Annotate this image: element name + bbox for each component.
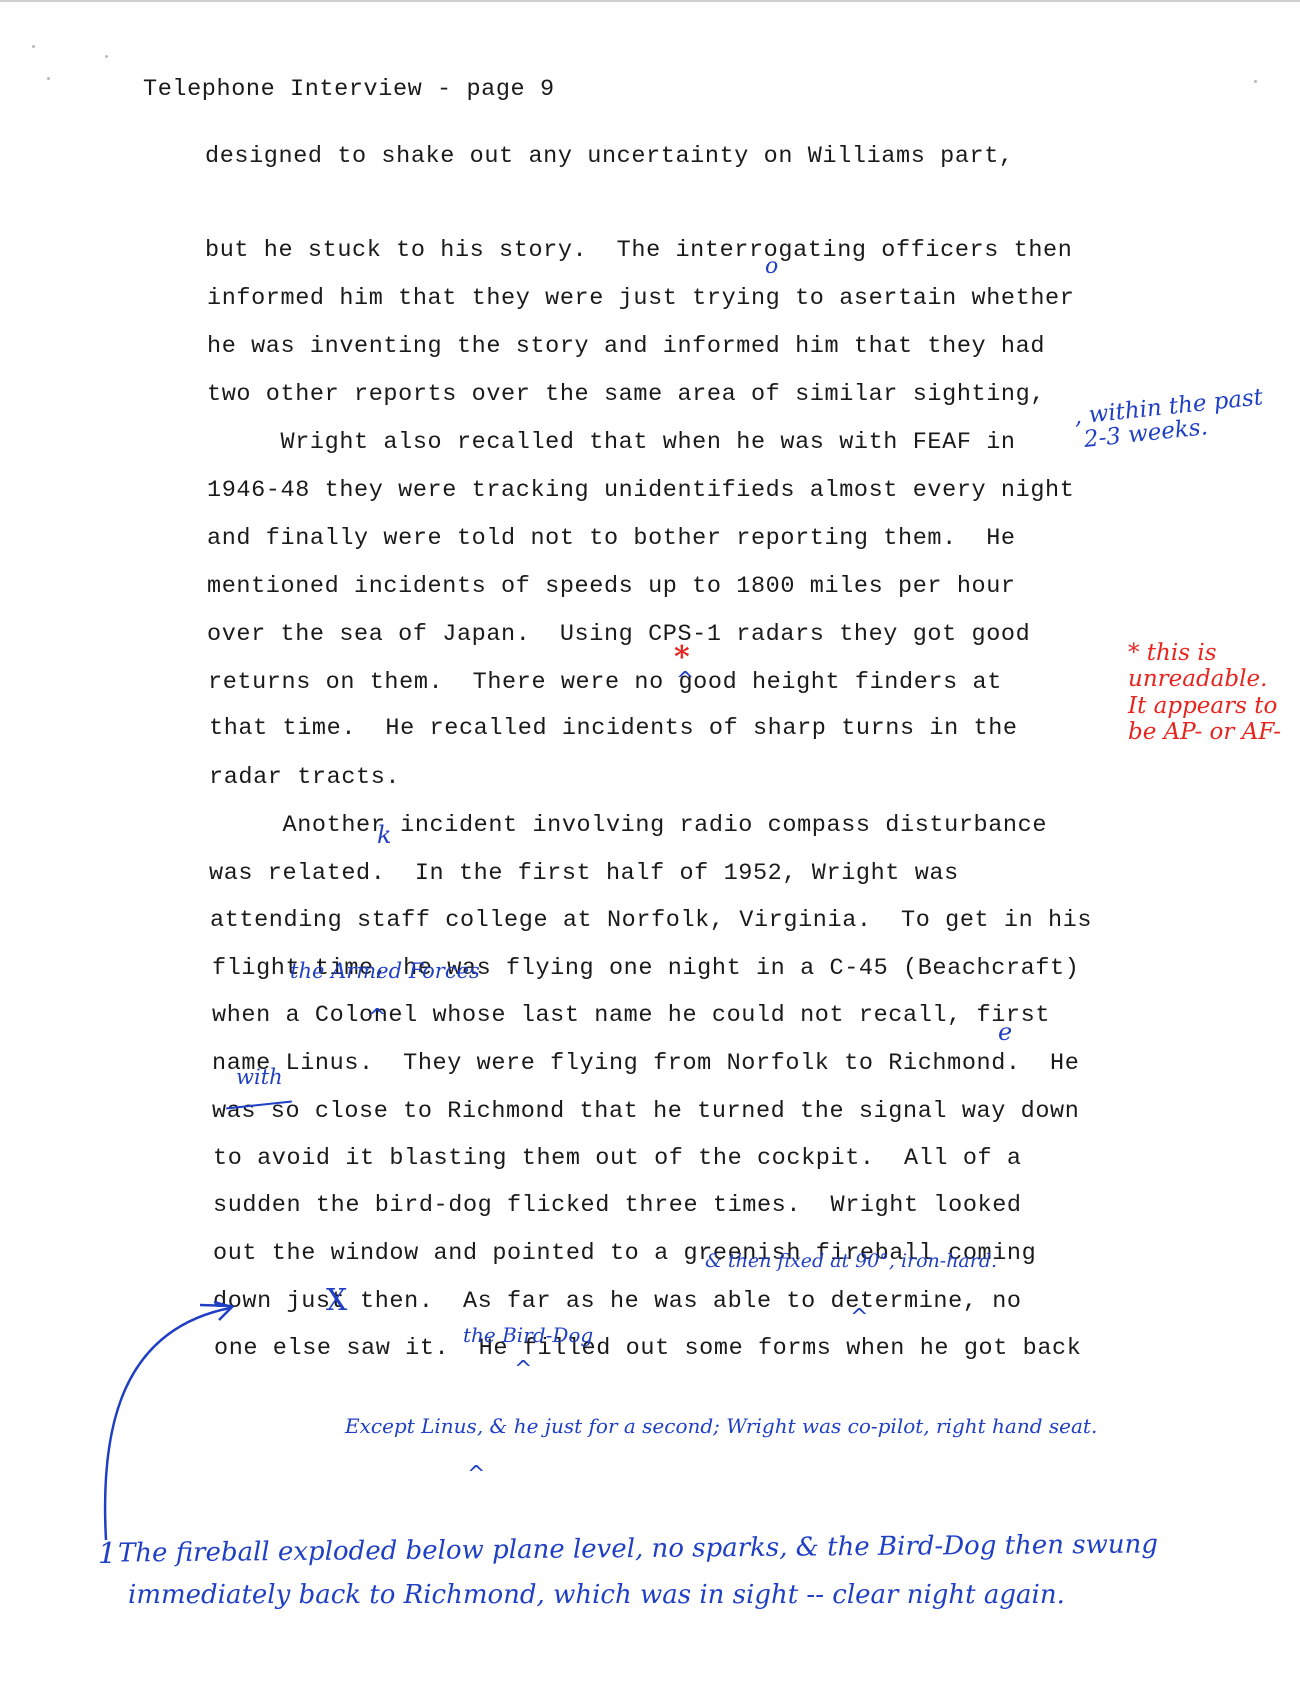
- annotation-bottom-note-line2: immediately back to Richmond, which was …: [128, 1582, 1065, 1609]
- annotation-insert-marker: 1: [98, 1538, 116, 1568]
- insert-arrow-icon: [0, 0, 1300, 1700]
- document-page: Telephone Interview - page 9 designed to…: [0, 0, 1300, 1700]
